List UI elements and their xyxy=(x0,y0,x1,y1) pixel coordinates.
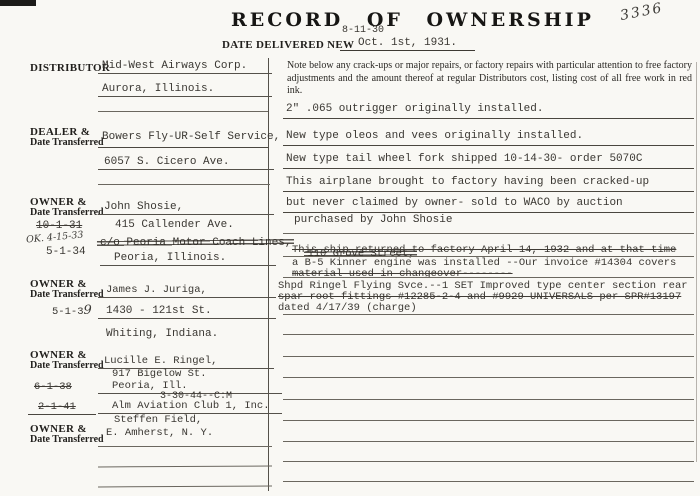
blank-rule xyxy=(283,420,694,421)
stamp-date: 8-11-30 xyxy=(342,25,384,36)
owner2-address: 1430 - 121st St. xyxy=(98,305,276,319)
blank-rule xyxy=(98,486,272,488)
repair-rule xyxy=(283,277,694,278)
serial-number: 3336 xyxy=(619,0,665,24)
repair-line: dated 4/17/39 (charge) xyxy=(278,302,417,314)
owner1-struck-address1: c/o Peoria Motor Coach Lines, xyxy=(100,237,291,249)
blank-rule xyxy=(98,111,268,112)
date-delivered-label: DATE DELIVERED NEW xyxy=(222,39,354,51)
repair-line: purchased by John Shosie xyxy=(294,214,452,226)
owner1-date-transferred-label: Date Transferred xyxy=(30,207,104,218)
date-delivered-value: Oct. 1st, 1931. xyxy=(340,37,475,51)
scan-edge-line xyxy=(696,62,697,462)
owner1-date-handwritten: OK. 4-15-33 xyxy=(26,230,84,246)
repair-line-struck: material used in changeover-------- xyxy=(292,268,513,280)
distributor-name: Mid-West Airways Corp. xyxy=(98,60,272,74)
owner3-club-city: E. Amherst, N. Y. xyxy=(106,427,213,439)
repair-line: 2" .065 outrigger originally installed. xyxy=(286,103,543,115)
owner3-date-transferred-label: Date Transferred xyxy=(30,360,104,371)
owner1-address: 415 Callender Ave. xyxy=(115,219,234,231)
date-column-rule xyxy=(28,414,96,415)
owner2-date-transferred-label: Date Transferred xyxy=(30,289,104,300)
repair-line: This airplane brought to factory having … xyxy=(286,176,649,188)
owner3-date2-struck: 2-1-41 xyxy=(38,401,76,413)
repair-rule xyxy=(283,168,694,169)
scan-corner-mark xyxy=(0,0,36,6)
owner3-field: Steffen Field, xyxy=(114,414,202,426)
owner1-city: Peoria, Illinois. xyxy=(100,252,276,266)
repair-line-struck: This ship returned to factory April 14, … xyxy=(292,244,676,256)
form-title: RECORD OF OWNERSHIP xyxy=(231,9,594,31)
column-divider xyxy=(268,58,269,491)
note-text: Note below any crack-ups or major repair… xyxy=(287,60,692,98)
owner3-club: Alm Aviation Club 1, Inc. xyxy=(98,400,282,414)
owner2-name: James J. Juriga, xyxy=(98,284,276,298)
owner2-date-typed: 5-1-3 xyxy=(52,306,84,318)
blank-rule xyxy=(283,441,694,442)
blank-rule xyxy=(98,184,270,185)
blank-rule xyxy=(98,466,272,468)
record-of-ownership-scan: 3336 RECORD OF OWNERSHIP 8-11-30 DATE DE… xyxy=(0,0,700,496)
blank-rule xyxy=(283,356,694,357)
blank-rule xyxy=(283,377,694,378)
owner1-name: John Shosie, xyxy=(98,201,274,215)
blank-rule xyxy=(98,446,272,447)
dealer-name-rule xyxy=(98,147,268,148)
blank-rule xyxy=(283,461,694,462)
owner2-city: Whiting, Indiana. xyxy=(106,328,218,340)
repair-rule xyxy=(283,212,694,213)
dealer-name: Bowers Fly-UR-Self Service, xyxy=(102,131,280,143)
owner3-date1-struck: 6-1-38 xyxy=(34,381,72,393)
repair-rule xyxy=(283,191,694,192)
repair-line: but never claimed by owner- sold to WACO… xyxy=(286,197,623,209)
dealer-address: 6057 S. Cicero Ave. xyxy=(98,156,274,170)
blank-rule xyxy=(283,334,694,335)
dealer-date-transferred-label: Date Transferred xyxy=(30,137,104,148)
repair-line: New type oleos and vees originally insta… xyxy=(286,130,583,142)
distributor-city: Aurora, Illinois. xyxy=(98,83,272,97)
owner2-date: 5-1-39 xyxy=(52,303,92,318)
blank-rule xyxy=(283,481,694,482)
owner2-date-handwritten-digit: 9 xyxy=(84,303,92,318)
owner1-date2: 5-1-34 xyxy=(46,246,86,258)
blank-rule xyxy=(283,399,694,400)
blank-rule xyxy=(283,233,694,234)
repair-rule xyxy=(283,118,694,119)
owner3-name: Lucille E. Ringel, xyxy=(98,355,274,369)
owner3-address: 917 Bigelow St. xyxy=(112,368,207,380)
owner4-date-transferred-label: Date Transferred xyxy=(30,434,104,445)
blank-rule xyxy=(283,314,694,315)
repair-rule xyxy=(283,145,694,146)
repair-line: New type tail wheel fork shipped 10-14-3… xyxy=(286,153,642,165)
